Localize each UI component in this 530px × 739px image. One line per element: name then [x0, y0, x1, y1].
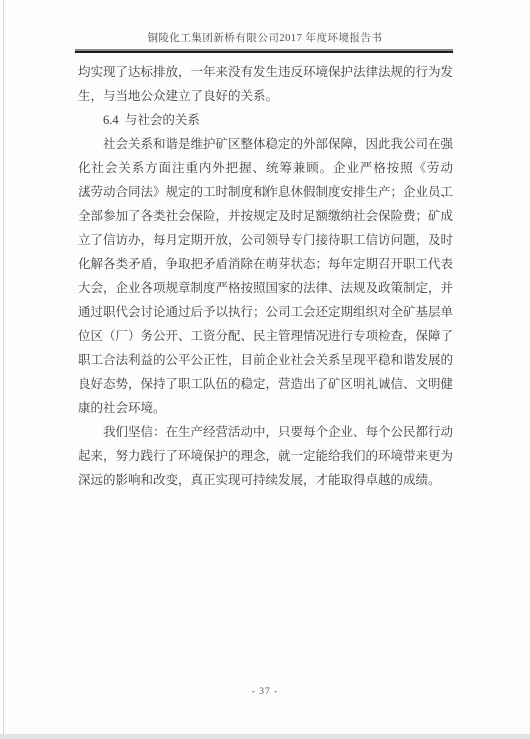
- text-line: 化解各类矛盾，争取把矛盾消除在萌芽状态；每年定期召开职工代表: [78, 252, 453, 276]
- text-line: 起来，努力践行了环境保护的理念，就一定能给我们的环境带来更为: [78, 444, 453, 468]
- text-line: 良好态势，保持了职工队伍的稳定，营造出了矿区明礼诚信、文明健: [78, 372, 453, 396]
- text-line: 深远的影响和改变，真正实现可持续发展，才能取得卓越的成绩。: [78, 468, 453, 492]
- text-line: 全部参加了各类社会保险，并按规定及时足额缴纳社会保险费；矿成: [78, 204, 453, 228]
- page-number: - 37 -: [252, 687, 279, 697]
- text-line: 立了信访办，每月定期开放，公司领导专门接待职工信访问题，及时: [78, 228, 453, 252]
- text-line: 均实现了达标排放，一年来没有发生违反环境保护法律法规的行为发: [78, 60, 453, 84]
- text-line: 化社会关系方面注重内外把握、统筹兼顾。企业严格按照《劳动法》、: [78, 156, 453, 180]
- header-rule: [75, 49, 453, 53]
- text-line: 我们坚信：在生产经营活动中，只要每个企业、每个公民都行动: [78, 420, 453, 444]
- page-footer: - 37 -: [0, 687, 530, 697]
- page-header-title: 铜陵化工集团新桥有限公司2017 年度环境报告书: [0, 31, 530, 46]
- scan-edge-left: [3, 0, 4, 735]
- body-text: 均实现了达标排放，一年来没有发生违反环境保护法律法规的行为发生，与当地公众建立了…: [78, 60, 453, 492]
- text-line: 《劳动合同法》规定的工时制度和作息休假制度安排生产；企业员工: [78, 180, 453, 204]
- text-line: 康的社会环境。: [78, 396, 453, 420]
- scan-edge-bottom: [0, 734, 530, 739]
- section-heading: 6.4 与社会的关系: [78, 108, 453, 132]
- text-line: 大会，企业各项规章制度严格按照国家的法律、法规及政策制定，并: [78, 276, 453, 300]
- text-line: 社会关系和谐是维护矿区整体稳定的外部保障，因此我公司在强: [78, 132, 453, 156]
- text-line: 生，与当地公众建立了良好的关系。: [78, 84, 453, 108]
- text-line: 位区（厂）务公开、工资分配、民主管理情况进行专项检查，保障了: [78, 324, 453, 348]
- text-line: 通过职代会讨论通过后予以执行；公司工会还定期组织对全矿基层单: [78, 300, 453, 324]
- document-page: 铜陵化工集团新桥有限公司2017 年度环境报告书 均实现了达标排放，一年来没有发…: [0, 0, 530, 739]
- text-line: 职工合法利益的公平公正性，目前企业社会关系呈现平稳和谐发展的: [78, 348, 453, 372]
